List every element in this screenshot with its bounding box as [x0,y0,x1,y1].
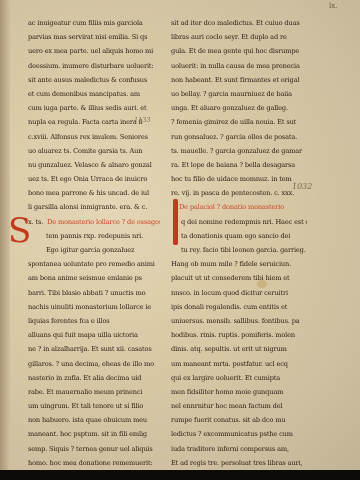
text-line: nnsco. in locum quod dicitur ceruitri [171,286,307,300]
text-fragment: x. ts. [28,215,43,229]
rubric-heading: De monasterio lollarce ? de ossagos. [47,215,160,229]
text-line: iuda traditore inferni compersus am, [171,442,307,456]
text-line: barri. Tibi blasio abbati ? unuctis mo [28,286,160,300]
text-line: nel ennrnitur hoc mean factum del [171,399,307,413]
text-line: uo aluarez ts. Comite garsia ts. Aun [28,144,160,158]
text-line: c.xviii. Alfonsus rex imulem. Seniores [28,130,160,144]
left-text-column: ac inuigeatur cum filiis mis garciola pa… [28,16,160,470]
text-line: cum iuga parte. & illius sedis auri. et [28,101,160,115]
text-line: nupla ea regula. Facta carta inera ii [28,115,160,129]
manuscript-page: lx. 1133 1032 S ac inuigeatur cum filiis… [0,0,360,470]
text-line: hodibus. rinis. ruptis. pomiferis. molen [171,328,307,342]
text-line: ledictus ? excommunicatus psthe cum [171,427,307,441]
text-line: maneant. hoc psptum. sit in fili emlig [28,427,160,441]
text-line: semp. Siquis ? ternea genur uel aliquis [28,442,160,456]
text-line: nasterio in zufia. Et alia decima uid [28,371,160,385]
text-line: ? femenia gimirez de uilla nouia. Et sut [171,115,307,129]
text-line: am bona anime seismue emlanie ps [28,271,160,285]
text-line: qui ex largire uoluerit. Et cumipta [171,371,307,385]
text-line: ts. mauelle. ? garcia gonzaluez de gamar [171,144,307,158]
rubric-heading: De palaciol ? donatio monasterio [171,200,307,214]
text-line: ipis donali regalendis. cum entitis et [171,300,307,314]
text-line: ne ? in alzalharrija. Et sunt xii. casat… [28,342,160,356]
scan-border [0,470,360,480]
text-line: uniuersus. mensib. sallibus. fontibus. p… [171,314,307,328]
text-line: Hang ob mum mile ? fidele seruiciun. [171,257,307,271]
text-line: spontanea uoluntate pro remedio animi [28,257,160,271]
text-line: um maneant mrta. postfatur. ucl ecq [171,357,307,371]
text-line: um uingrum. Et tali tenore ut si filio [28,399,160,413]
text-line: ta donationis quam ego sancio dei [171,229,307,243]
text-line: nu gunzaluez. Velasco & alnaro gonzal [28,158,160,172]
text-line: tem pannis rxp. redepunis nri. [28,229,160,243]
text-line: uez ts. Et ego Onia Urraca de inuicro [28,172,160,186]
text-line: re. vij. in pasca de pentecosten. c. xxx… [171,186,307,200]
text-line: gula. Et de mea gente qui hoc disrumpe [171,44,307,58]
text-line: uoluerit: in nulla causa de mea prenecia [171,59,307,73]
text-line: uero ex mea parte. uel aliquis homo mi [28,44,160,58]
text-line: non habeant. Et sunt firmantes et origal [171,73,307,87]
text-line: bono mea parrone & his uncad. de iul [28,186,160,200]
text-line: tu rey. facio tibi leonen garcia. garrie… [171,243,307,257]
text-line: ac inuigeatur cum filiis mis garciola [28,16,160,30]
text-line: ra. Et lope de baiana ? bella desagarsa [171,158,307,172]
text-line: non habuero. ista quae obuicum meu [28,413,160,427]
text-line: placuit ut ut consederem tibi hiem et [171,271,307,285]
text-line: gillaros. ? una decima, eheas de illo mo [28,357,160,371]
text-line: alluans qui fuit mapa uilla uictoria [28,328,160,342]
text-line: Et ad regis tre. persoluat tres libras a… [171,456,307,470]
text-line: rabe. Et mauernalio meum prinenci [28,385,160,399]
text-line: parvias mas servirat nisi emilia. Si qs [28,30,160,44]
text-line: run gonsaluez. ? garcia olles de posata. [171,130,307,144]
text-line: sit ad iter dco maledictus. Et cuiuo dua… [171,16,307,30]
text-line: libras auri coclo seyr. Et duplo ad re [171,30,307,44]
text-line: liquias ferentes fca e illos [28,314,160,328]
text-line: deessium. inumere disturbare uoluerit: [28,59,160,73]
text-line: rumpe fuerit conatus. sit ab dco mu [171,413,307,427]
text-line: nachis uinuliti monasterium lollarce ie [28,300,160,314]
text-line: hoc tu filio de uidace momnuz. in tem [171,172,307,186]
right-text-column: sit ad iter dco maledictus. Et cuiuo dua… [171,16,307,470]
text-line: q dei nomine redempmis nri. Haec est car [171,215,307,229]
text-line: et cum demonibus mancipatus. am [28,87,160,101]
text-line: unga. Et aluaro gonzaluez de galleg. [171,101,307,115]
rubric-line: x. ts. De monasterio lollarce ? de ossag… [28,215,160,229]
text-line: dinis. atq. sepultis. ut erit ut nigrum [171,342,307,356]
folio-number: lx. [329,2,337,10]
text-line: li garsilla alonsi inmigrante. era. & c. [28,200,160,214]
text-line: sit ante ausus maledictus & confusus [28,73,160,87]
text-line: Ego igitur garcia gonzaluez [28,243,160,257]
text-line: homo. hoc mea donatione rememuerit: [28,456,160,470]
text-line: uo bellay. ? garcia maurniuez de baiia [171,87,307,101]
text-line: men fidsiliter homo moie gunquam [171,385,307,399]
